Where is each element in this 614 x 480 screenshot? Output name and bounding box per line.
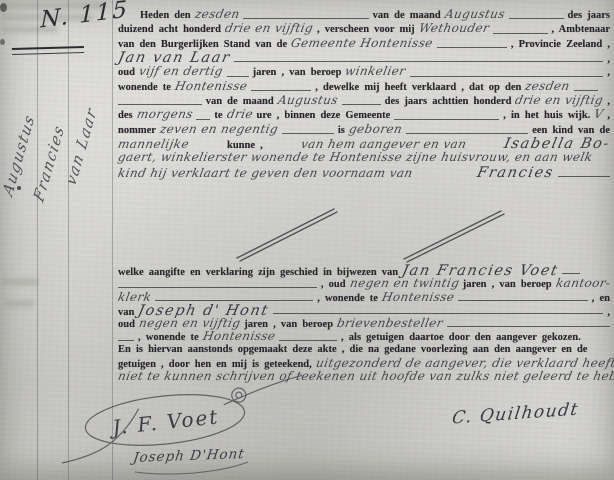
printed-text: jaren , van beroep	[463, 279, 552, 291]
handwritten-text: Hontenisse	[381, 291, 456, 304]
printed-text: Heden den	[140, 10, 191, 22]
printed-text: , verscheen voor mij	[317, 24, 415, 36]
act-number: N. 115	[40, 0, 129, 33]
document-body: Heden denzesdenvan de maandAugustusdes j…	[118, 8, 610, 383]
printed-text: ,	[607, 110, 610, 122]
handwritten-text: winkelier	[344, 65, 407, 78]
printed-text: , als getuigen daartoe door den aangever…	[341, 332, 581, 344]
printed-text: ,	[607, 307, 610, 319]
printed-text: , Ambtenaar	[552, 24, 611, 36]
printed-text: , Provincie Zeeland ,	[511, 39, 610, 51]
document-line: desmorgenstedrieure , binnen deze Gemeen…	[118, 108, 610, 122]
printed-text: van	[118, 307, 134, 319]
printed-text: ,	[607, 96, 610, 108]
blank-fill-rule	[437, 46, 507, 48]
printed-text: van de maand	[206, 96, 274, 108]
handwritten-text: niet te kunnen schrijven of teekenen uit…	[117, 370, 614, 383]
blank-fill-rule	[273, 312, 603, 314]
handwritten-text: drie en vijftig	[514, 94, 605, 107]
printed-text: oud	[118, 319, 135, 331]
printed-text: En is hiervan aanstonds opgemaakt deze a…	[118, 344, 587, 356]
handwritten-text: V	[593, 108, 605, 121]
blank-fill-rule	[493, 32, 548, 34]
handwritten-text: morgens	[135, 108, 193, 121]
blank-fill-rule	[118, 103, 202, 105]
handwritten-text: negen en twintig	[348, 277, 460, 290]
printed-text: des jaars	[568, 10, 610, 22]
witness2-signature-text: Joseph D'Hont	[132, 448, 245, 465]
printed-text: een kind van de	[532, 125, 610, 137]
printed-text: van de maand	[373, 10, 441, 22]
printed-text: ure , binnen deze Gemeente	[257, 110, 391, 122]
ink-bleed-mark	[0, 278, 38, 286]
printed-text: , oud	[321, 279, 346, 291]
printed-text: , dewelke mij heeft verklaard , dat op d…	[315, 82, 521, 94]
blank-fill-rule	[282, 132, 334, 134]
signature-flourish-oval	[83, 388, 247, 452]
document-line: klerk, wonende teHontenisse, en	[118, 291, 610, 304]
printed-text: oud	[118, 67, 135, 79]
handwritten-text: Augustus	[443, 8, 505, 21]
handwritten-text: kantoor-	[554, 277, 611, 290]
margin-rule	[112, 0, 113, 480]
blank-fill-rule	[118, 339, 134, 341]
blank-fill-rule	[118, 286, 317, 288]
blank-fill-rule	[406, 132, 528, 134]
act-number-underline	[12, 46, 84, 55]
handwritten-text: kind hij verklaart te geven den voornaam…	[117, 167, 414, 180]
blank-fill-rule	[279, 339, 337, 341]
voided-blank-section	[118, 180, 610, 264]
document-line: duizend acht honderddrie en vijftig, ver…	[118, 22, 610, 36]
birth-record-scan: N. 115 Augustus Francies van Laar Heden …	[0, 0, 614, 480]
blank-fill-rule	[243, 17, 369, 19]
document-line: oudvijf en dertigjaren , van beroepwinke…	[118, 65, 610, 79]
printed-text: wonende te	[118, 82, 171, 94]
printed-text: des jaars achttien honderd	[385, 96, 512, 108]
blank-fill-rule	[251, 89, 311, 91]
printed-text: duizend acht honderd	[118, 24, 221, 36]
printed-text: jaren , van beroep	[253, 67, 342, 79]
handwritten-text: drie en vijftig	[224, 22, 315, 35]
blank-fill-rule	[562, 272, 580, 274]
scan-edge-smudge	[0, 3, 7, 12]
official-signature-text: C. Quilhoudt	[451, 401, 580, 427]
handwritten-text: drie	[225, 108, 254, 121]
handwritten-text: klerk	[117, 291, 153, 304]
printed-text: , wonende te	[317, 293, 378, 305]
handwritten-text: zeven en negentig	[159, 123, 280, 136]
handwritten-text: Wethouder	[417, 22, 490, 35]
handwritten-text: Hontenisse	[174, 80, 249, 93]
document-line: niet te kunnen schrijven of teekenen uit…	[118, 370, 610, 383]
blank-fill-rule	[558, 175, 610, 177]
blank-fill-rule	[342, 103, 381, 105]
printed-text: nommer	[118, 125, 156, 137]
handwritten-text: zesden	[193, 8, 240, 21]
blank-fill-rule	[410, 75, 604, 77]
document-line: Heden denzesdenvan de maandAugustusdes j…	[118, 8, 610, 22]
handwritten-text: gaert, winkelierster wonende te Hontenis…	[117, 151, 594, 164]
document-line: gaert, winkelierster wonende te Hontenis…	[118, 151, 610, 165]
document-line: , wonende teHontenisse, als getuigen daa…	[118, 330, 610, 343]
printed-text: , in het huis wijk.	[503, 110, 590, 122]
printed-text: te	[214, 110, 222, 122]
handwritten-text: brievenbesteller	[336, 317, 444, 330]
document-line: nommerzeven en negentigisgeboreneen kind…	[118, 123, 610, 137]
blank-fill-rule	[458, 299, 587, 301]
blank-fill-rule	[509, 17, 564, 19]
scan-edge-smudge	[0, 39, 5, 45]
handwritten-text: Augustus	[276, 94, 338, 107]
document-line: oudnegen en vijftigjaren , van beroepbri…	[118, 317, 610, 330]
printed-text: ,	[607, 67, 610, 79]
handwritten-text: Hontenisse	[201, 330, 276, 343]
handwritten-text: vijf en dertig	[138, 65, 224, 78]
document-line: wonende teHontenisse, dewelke mij heeft …	[118, 80, 610, 94]
blank-fill-rule	[227, 75, 249, 77]
printed-text: , wonende te	[138, 332, 199, 344]
blank-fill-rule	[574, 89, 598, 91]
printed-text: van den Burgerlijken Stand van de	[118, 39, 287, 51]
witness1-signature-text: J. F. Voet	[107, 404, 220, 439]
handwritten-text: Francies	[476, 166, 556, 182]
blank-fill-rule	[155, 299, 313, 301]
ink-bleed-mark	[4, 300, 34, 307]
blank-fill-rule	[234, 60, 603, 62]
printed-text: is	[338, 125, 345, 137]
blank-fill-rule	[447, 325, 610, 327]
blank-fill-rule	[394, 118, 499, 120]
document-line: van den Burgerlijken Stand van deGemeent…	[118, 37, 610, 51]
blank-fill-rule	[196, 118, 210, 120]
printed-text: des	[118, 110, 133, 122]
document-line: En is hiervan aanstonds opgemaakt deze a…	[118, 344, 610, 357]
handwritten-text: geboren	[348, 123, 404, 136]
handwritten-text: zesden	[524, 80, 571, 93]
printed-text: , en	[592, 293, 610, 305]
printed-text: ,	[607, 54, 610, 66]
document-line: kind hij verklaart te geven den voornaam…	[118, 166, 610, 180]
handwritten-text: Gemeente Hontenisse	[290, 37, 434, 50]
